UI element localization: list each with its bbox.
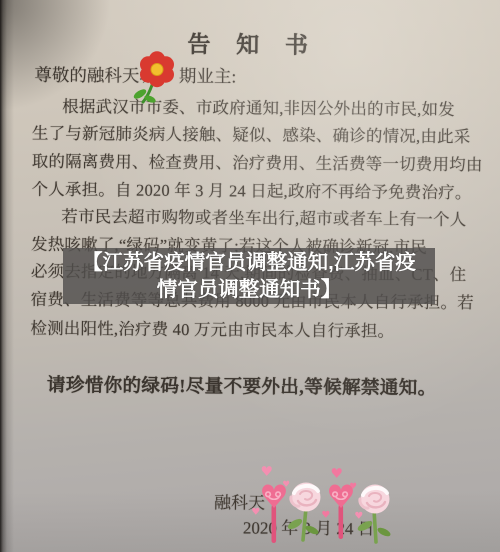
body-line-1: 根据武汉市市委、市政府通知,非因公外出的市民,如发	[62, 93, 455, 120]
body-line-9: 检测出阳性,治疗费 40 万元由市民本人自行承担。	[30, 315, 394, 342]
notice-title: 告 知 书	[0, 25, 500, 62]
salutation-after: 期业主:	[179, 66, 237, 86]
caption-overlay: 【江苏省疫情官员调整通知,江苏省疫 情官员调整通知书】	[63, 248, 435, 304]
salutation-line: 尊敬的融科天城期业主:	[34, 62, 236, 89]
body-line-2: 生了与新冠肺炎病人接触、疑似、感染、确诊的情况,由此采	[32, 120, 471, 147]
closing-line: 请珍惜你的绿码!尽量不要外出,等候解禁通知。	[47, 371, 437, 400]
salutation-before: 尊敬的融科天城	[34, 65, 157, 86]
body-line-4: 个人承担。自 2020 年 3 月 24 日起,政府不再给予免费治疗。	[31, 176, 471, 203]
date-line: 2020 年 3 月 24 日	[243, 513, 375, 539]
notice-photo: 告 知 书 尊敬的融科天城期业主: 根据武汉市市委、市政府通知,非因公外出的市民…	[0, 0, 500, 552]
caption-line-1: 【江苏省疫情官员调整通知,江苏省疫	[63, 249, 435, 276]
signature-line: 融科天	[214, 488, 265, 513]
body-line-3: 取的隔离费用、检查费用、治疗费用、生活费等一切费用均由	[32, 148, 483, 176]
body-line-5: 若市民去超市购物或者坐车出行,超市或者车上有一个人	[61, 203, 466, 230]
caption-line-2: 情官员调整通知书】	[63, 276, 435, 303]
